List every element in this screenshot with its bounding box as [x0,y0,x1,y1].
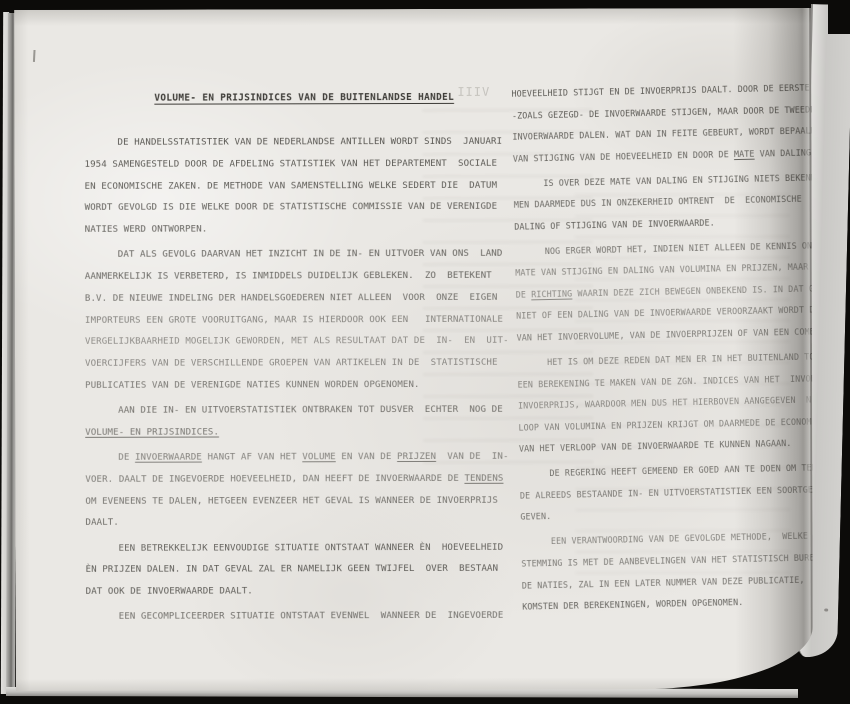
text-line: DAT ALS GEVOLG DAARVAN HET INZICHT IN DE… [85,244,515,267]
text-segment: IMPORTEURS EEN GROTE VOORUITGANG, MAAR I… [85,314,503,325]
underlined-text: VOLUME [302,452,335,462]
text-line: B.V. DE NIEUWE INDELING DER HANDELSGOEDE… [85,287,515,310]
text-line: VOLUME- EN PRIJSINDICES. [85,421,515,444]
paper-speck [824,609,828,612]
text-segment: B.V. DE NIEUWE INDELING DER HANDELSGOEDE… [85,293,498,304]
text-segment: EEN VERANTWOORDING VAN DE GEVOLGDE METHO… [551,531,808,546]
underlined-text: RICHTING [531,288,572,299]
pen-mark [33,50,36,62]
text-segment: EN ECONOMISCHE ZAKEN. DE METHODE VAN SAM… [85,180,498,191]
text-segment: NATIES WERD ONTWORPEN. [85,225,208,235]
text-segment: PUBLICATIES VAN DE VERENIGDE NATIES KUNN… [85,380,420,391]
text-segment: 1954 SAMENGESTELD DOOR DE AFDELING STATI… [85,159,498,170]
text-segment: DAALT. [85,518,118,528]
text-line: EEN BETREKKELIJK EENVOUDIGE SITUATIE ONT… [85,537,515,560]
text-segment: HANGT AF VAN HET [202,452,302,462]
text-segment: DAT ALS GEVOLG DAARVAN HET INZICHT IN DE… [118,249,503,260]
text-segment: OM EVENEENS TE DALEN, HETGEEN EVENZEER H… [85,495,498,506]
text-line: OM EVENEENS TE DALEN, HETGEEN EVENZEER H… [85,490,515,513]
text-segment: MATE VAN STIJGING EN DALING VAN VOLUMINA… [515,262,813,278]
text-line: ÈN PRIJZEN DALEN. IN DAT GEVAL ZAL ER NA… [86,559,516,582]
text-segment: EEN BEREKENING TE MAKEN VAN DE ZGN. INDI… [517,373,812,389]
text-segment: NOG ERGER WORDT HET, INDIEN NIET ALLEEN … [545,240,813,256]
text-line: AANMERKELIJK IS VERBETERD, IS INMIDDELS … [85,266,515,289]
text-line: 1954 SAMENGESTELD DOOR DE AFDELING STATI… [84,153,514,176]
text-segment: VAN DALING VA [754,147,812,159]
text-segment: VAN DE IN- [436,452,509,462]
text-segment: DE NATIES, ZAL IN EEN LATER NUMMER VAN D… [522,574,805,590]
text-segment: VERGELIJKBAARHEID MOGELIJK GEWORDEN, MET… [85,336,509,347]
text-segment: IS OVER DEZE MATE VAN DALING EN STIJGING… [543,172,813,188]
text-line: AAN DIE IN- EN UITVOERSTATISTIEK ONTBRAK… [85,400,515,423]
text-segment: DE [118,453,135,463]
underlined-text: MATE [734,148,755,158]
text-segment: KOMSTEN DER BEREKENINGEN, WORDEN OPGENOM… [522,597,743,612]
underlined-text: INVOERWAARDE [135,453,202,463]
text-segment: GEVEN. [520,511,551,522]
text-segment: EEN GECOMPLICEERDER SITUATIE ONTSTAAT EV… [119,611,504,622]
text-segment: WORDT GEVOLGD IS DIE WELKE DOOR DE STATI… [85,202,498,213]
text-segment: HOEVEELHEID STIJGT EN DE INVOERPRIJS DAA… [511,82,812,98]
text-line: DAALT. [85,512,515,535]
text-segment: MEN DAARMEDE DUS IN ONZEKERHEID OMTRENT … [514,193,813,209]
background-corner [828,0,850,34]
text-segment: EEN BETREKKELIJK EENVOUDIGE SITUATIE ONT… [119,542,504,553]
underlined-text: PRIJZEN [397,452,436,462]
text-segment: DE HANDELSSTATISTIEK VAN DE NEDERLANDSE … [117,137,502,148]
text-line: VOER. DAALT DE INGEVOERDE HOEVEELHEID, D… [85,468,515,491]
text-segment: AAN DIE IN- EN UITVOERSTATISTIEK ONTBRAK… [118,405,503,416]
text-segment: AANMERKELIJK IS VERBETERD, IS INMIDDELS … [85,271,492,282]
underlined-text: TENDENS [464,474,503,484]
text-segment: ÈN PRIJZEN DALEN. IN DAT GEVAL ZAL ER NA… [86,564,499,575]
right-column: HOEVEELHEID STIJGT EN DE INVOERPRIJS DAA… [511,77,813,618]
page-title: VOLUME- EN PRIJSINDICES VAN DE BUITENLAN… [154,92,454,104]
text-segment: INVOERWAARDE DALEN. WAT DAN IN FEITE GEB… [512,125,813,141]
text-line: PUBLICATIES VAN DE VERENIGDE NATIES KUNN… [85,374,515,397]
text-segment: STEMMING IS MET DE AANBEVELINGEN VAN HET… [521,552,813,568]
text-segment: VOER. DAALT DE INGEVOERDE HOEVEELHEID, D… [85,474,464,485]
text-line: DAT OOK DE INVOERWAARDE DAALT. [86,581,516,604]
left-column: DE HANDELSSTATISTIEK VAN DE NEDERLANDSE … [84,132,515,629]
text-segment: DALING OF STIJGING VAN DE INVOERWAARDE. [514,217,715,231]
text-segment: WAARIN DEZE ZICH BEWEGEN ONBEKEND IS. IN… [572,283,813,298]
text-segment: VOERCIJFERS VAN DE VERSCHILLENDE GROEPEN… [85,358,498,369]
text-line: VERGELIJKBAARHEID MOGELIJK GEWORDEN, MET… [85,331,515,354]
text-segment: VAN HET VERLOOP VAN DE INVOERWAARDE TE K… [519,438,792,454]
ghost-page-number: VIII [456,85,489,99]
text-segment: DE ALREEDS BESTAANDE IN- EN UITVOERSTATI… [520,484,813,500]
underlined-text: VOLUME- EN PRIJSINDICES. [85,427,219,437]
text-segment: DE [516,289,532,299]
text-segment: INVOERPRIJS, WAARDOOR MEN DUS HET HIERBO… [518,395,811,411]
text-segment: HET IS OM DEZE REDEN DAT MEN ER IN HET B… [547,351,813,367]
text-line: WORDT GEVOLGD IS DIE WELKE DOOR DE STATI… [85,197,515,220]
text-line: DE INVOERWAARDE HANGT AF VAN HET VOLUME … [85,447,515,470]
scanned-book-photo: { "page": { "ghost_page_number": "VIII",… [0,0,850,704]
text-segment: VAN STIJGING VAN DE HOEVEELHEID EN DOOR … [513,149,734,164]
text-line: EN ECONOMISCHE ZAKEN. DE METHODE VAN SAM… [85,175,515,198]
text-line: VOERCIJFERS VAN DE VERSCHILLENDE GROEPEN… [85,353,515,376]
text-segment: -ZOALS GEZEGD- DE INVOERWAARDE STIJGEN, … [512,104,813,120]
book-page: VIII VOLUME- EN PRIJSINDICES VAN DE BUIT… [14,8,813,691]
text-line: NATIES WERD ONTWORPEN. [85,219,515,242]
text-segment: EN VAN DE [336,452,397,462]
text-line: DE HANDELSSTATISTIEK VAN DE NEDERLANDSE … [84,132,514,155]
text-segment: DE REGERING HEEFT GEMEEND ER GOED AAN TE… [549,463,813,479]
text-segment: VAN HET INVOERVOLUME, VAN DE INVOERPRIJZ… [517,326,813,342]
text-segment: NIET OF EEN DALING VAN DE INVOERWAARDE V… [516,305,813,321]
text-line: EEN GECOMPLICEERDER SITUATIE ONTSTAAT EV… [86,606,516,629]
text-segment: DAT OOK DE INVOERWAARDE DAALT. [86,586,253,596]
text-segment: LOOP VAN VOLUMINA EN PRIJZEN KRIJGT OM D… [518,416,811,432]
text-line: IMPORTEURS EEN GROTE VOORUITGANG, MAAR I… [85,309,515,332]
